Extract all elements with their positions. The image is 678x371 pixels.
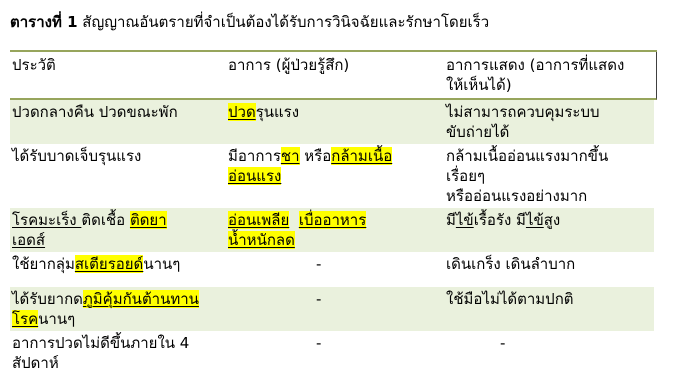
cell-text: ได้รับยากด [12,290,83,308]
table-row: ได้รับยากดภูมิคุ้มกันต้านทานโรคนานๆ-ใช้ม… [10,287,654,331]
emphasized-text: กล้ามเนื้อ [331,147,392,165]
table-cell: มีไข้เรื้อรัง มีไข้สูง [446,208,654,252]
table-row: ปวดกลางคืน ปวดขณะพักปวดรุนแรงไม่สามารถคว… [10,100,654,144]
cell-text: มีอาการ [228,147,281,165]
cell-text: อาการ (ผู้ป่วยรู้สึก) [228,56,349,74]
cell-text: อาการปวดไม่ดีขึ้นภายใน 4 [12,334,189,352]
emphasized-text: น้ำหนักลด [228,231,295,249]
table-header-row: ประวัติอาการ (ผู้ป่วยรู้สึก)อาการแสดง (อ… [10,52,657,100]
table-caption: ตารางที่ 1 สัญญาณอันตรายที่จำเป็นต้องได้… [0,0,678,32]
table-cell: อ่อนเพลีย เบื่ออาหารน้ำหนักลด [228,208,446,252]
emphasized-text: ไข้ [526,211,544,229]
cell-text: ประวัติ [12,56,56,74]
emphasized-text: ไข้ [456,211,474,229]
cell-text: นานๆ [143,255,180,273]
document-page: ตารางที่ 1 สัญญาณอันตรายที่จำเป็นต้องได้… [0,0,678,371]
emphasized-text: เบื่ออาหาร [299,211,366,229]
cell-text: ใช้มือไม่ได้ตามปกติ [446,290,574,308]
emphasized-text: โรค [12,310,38,328]
cell-text: ให้เห็นได้) [446,76,512,94]
table-cell: ไม่สามารถควบคุมระบบขับถ่ายได้ [446,100,654,144]
cell-text: ติดเชื้อ [81,211,130,229]
cell-text: - [316,255,321,273]
table-cell: - [228,287,446,331]
cell-text: เรื้อรัง มี [474,211,526,229]
table-cell: ปวดกลางคืน ปวดขณะพัก [10,100,228,144]
table-row: อาการปวดไม่ดีขึ้นภายใน 4สัปดาห์-- [10,331,654,371]
table-cell: กล้ามเนื้ออ่อนแรงมากขึ้นเรื่อยๆหรืออ่อนแ… [446,144,654,208]
cell-text: นานๆ [38,310,75,328]
emphasized-text: เอดส์ [12,231,45,249]
table-cell: - [446,331,654,371]
table-body: ปวดกลางคืน ปวดขณะพักปวดรุนแรงไม่สามารถคว… [10,100,657,371]
emphasized-text: ปวด [228,103,256,121]
cell-text: ปวดกลางคืน ปวดขณะพัก [12,103,178,121]
cell-text: เรื่อยๆ [446,167,485,185]
cell-text: ขับถ่ายได้ [446,123,509,141]
header-cell: ประวัติ [10,52,228,98]
emphasized-text: อ่อนแรง [228,167,281,185]
table-cell: อาการปวดไม่ดีขึ้นภายใน 4สัปดาห์ [10,331,228,371]
table-row: โรคมะเร็ง ติดเชื้อ ติดยาเอดส์อ่อนเพลีย เ… [10,208,654,252]
table-cell: ใช้ยากลุ่มสเตียรอยด์นานๆ [10,252,228,287]
header-cell: อาการ (ผู้ป่วยรู้สึก) [228,52,446,98]
cell-text: หรืออ่อนแรงอย่างมาก [446,187,587,205]
table-cell: - [228,252,446,287]
table-cell: ใช้มือไม่ได้ตามปกติ [446,287,654,331]
header-cell: อาการแสดง (อาการที่แสดงให้เห็นได้) [446,52,656,98]
table-cell: ได้รับยากดภูมิคุ้มกันต้านทานโรคนานๆ [10,287,228,331]
table-cell: เดินเกร็ง เดินลำบาก [446,252,654,287]
table-cell: โรคมะเร็ง ติดเชื้อ ติดยาเอดส์ [10,208,228,252]
table-row: ได้รับบาดเจ็บรุนแรงมีอาการชา หรือกล้ามเน… [10,144,654,208]
emphasized-text: โรคมะเร็ง [12,211,81,229]
cell-text: มี [446,211,456,229]
cell-text: - [316,290,321,308]
cell-text [289,211,299,229]
cell-text: ไม่สามารถควบคุมระบบ [446,103,600,121]
table-row: ใช้ยากลุ่มสเตียรอยด์นานๆ-เดินเกร็ง เดินล… [10,252,654,287]
cell-text: รุนแรง [256,103,299,121]
table-caption-number: ตารางที่ 1 [10,13,78,31]
cell-text: กล้ามเนื้ออ่อนแรงมากขึ้น [446,147,608,165]
table-caption-text: สัญญาณอันตรายที่จำเป็นต้องได้รับการวินิจ… [78,13,490,31]
cell-text: ได้รับบาดเจ็บรุนแรง [12,147,141,165]
emphasized-text: อ่อนเพลีย [228,211,289,229]
danger-signs-table: ประวัติอาการ (ผู้ป่วยรู้สึก)อาการแสดง (อ… [10,50,657,371]
table-cell: ได้รับบาดเจ็บรุนแรง [10,144,228,208]
table-cell: - [228,331,446,371]
table-cell: มีอาการชา หรือกล้ามเนื้ออ่อนแรง [228,144,446,208]
emphasized-text: ชา [281,147,300,165]
emphasized-text: ภูมิคุ้มกันต้านทาน [83,290,199,308]
cell-text: ใช้ยากลุ่ม [12,255,75,273]
cell-text: อาการแสดง (อาการที่แสดง [446,56,624,74]
cell-text: สูง [544,211,560,229]
cell-text: เดินเกร็ง เดินลำบาก [446,255,575,273]
cell-text: สัปดาห์ [12,354,59,371]
table-cell: ปวดรุนแรง [228,100,446,144]
cell-text: หรือ [300,147,332,165]
emphasized-text: ติดยา [130,211,167,229]
emphasized-text: สเตียรอยด์ [75,255,143,273]
cell-text: - [500,334,505,352]
cell-text: - [316,334,321,352]
